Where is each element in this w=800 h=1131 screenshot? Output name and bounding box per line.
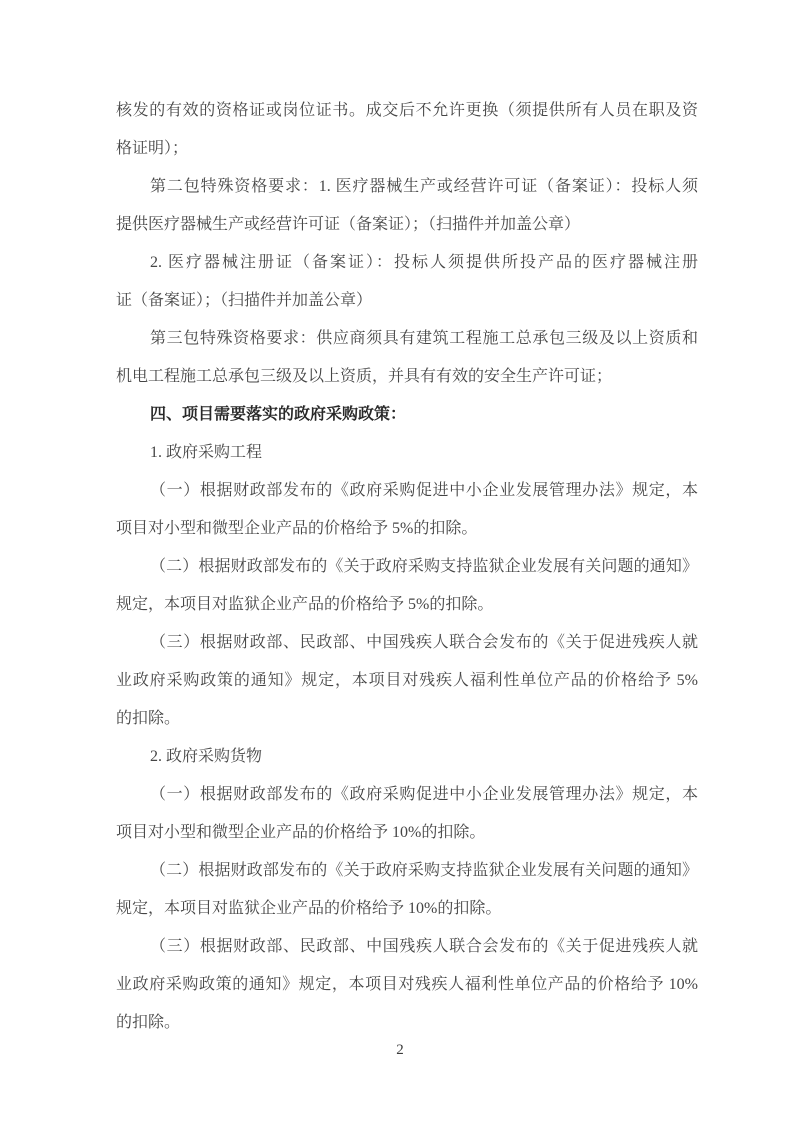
text-line: 规定，本项目对监狱企业产品的价格给予 10%的扣除。 bbox=[116, 890, 698, 928]
text-line: 格证明）； bbox=[116, 130, 698, 168]
text-line: 第二包特殊资格要求：1. 医疗器械生产或经营许可证（备案证）：投标人须 bbox=[116, 168, 698, 206]
text-line: 第三包特殊资格要求：供应商须具有建筑工程施工总承包三级及以上资质和 bbox=[116, 320, 698, 358]
text-line: 四、项目需要落实的政府采购政策： bbox=[116, 396, 698, 434]
text-line: 核发的有效的资格证或岗位证书。成交后不允许更换（须提供所有人员在职及资 bbox=[116, 92, 698, 130]
text-line: 的扣除。 bbox=[116, 1004, 698, 1042]
text-line: 机电工程施工总承包三级及以上资质，并具有有效的安全生产许可证； bbox=[116, 358, 698, 396]
text-line: （三）根据财政部、民政部、中国残疾人联合会发布的《关于促进残疾人就 bbox=[116, 928, 698, 966]
text-line: （三）根据财政部、民政部、中国残疾人联合会发布的《关于促进残疾人就 bbox=[116, 624, 698, 662]
text-line: 的扣除。 bbox=[116, 700, 698, 738]
text-line: 业政府采购政策的通知》规定，本项目对残疾人福利性单位产品的价格给予 5% bbox=[116, 662, 698, 700]
text-line: 规定，本项目对监狱企业产品的价格给予 5%的扣除。 bbox=[116, 586, 698, 624]
text-line: （二）根据财政部发布的《关于政府采购支持监狱企业发展有关问题的通知》 bbox=[116, 548, 698, 586]
text-line: 项目对小型和微型企业产品的价格给予 5%的扣除。 bbox=[116, 510, 698, 548]
text-line: 1. 政府采购工程 bbox=[116, 434, 698, 472]
text-line: 2. 医疗器械注册证（备案证）：投标人须提供所投产品的医疗器械注册 bbox=[116, 244, 698, 282]
text-line: 项目对小型和微型企业产品的价格给予 10%的扣除。 bbox=[116, 814, 698, 852]
document-body: 核发的有效的资格证或岗位证书。成交后不允许更换（须提供所有人员在职及资格证明）；… bbox=[116, 92, 698, 1042]
text-line: 提供医疗器械生产或经营许可证（备案证）；（扫描件并加盖公章） bbox=[116, 206, 698, 244]
text-line: （一）根据财政部发布的《政府采购促进中小企业发展管理办法》规定，本 bbox=[116, 776, 698, 814]
text-line: （二）根据财政部发布的《关于政府采购支持监狱企业发展有关问题的通知》 bbox=[116, 852, 698, 890]
text-line: 2. 政府采购货物 bbox=[116, 738, 698, 776]
text-line: （一）根据财政部发布的《政府采购促进中小企业发展管理办法》规定，本 bbox=[116, 472, 698, 510]
page-footer: 2 bbox=[0, 1041, 800, 1059]
text-line: 证（备案证）；（扫描件并加盖公章） bbox=[116, 282, 698, 320]
document-page: 核发的有效的资格证或岗位证书。成交后不允许更换（须提供所有人员在职及资格证明）；… bbox=[0, 0, 800, 1131]
text-line: 业政府采购政策的通知》规定，本项目对残疾人福利性单位产品的价格给予 10% bbox=[116, 966, 698, 1004]
page-number: 2 bbox=[396, 1042, 404, 1058]
